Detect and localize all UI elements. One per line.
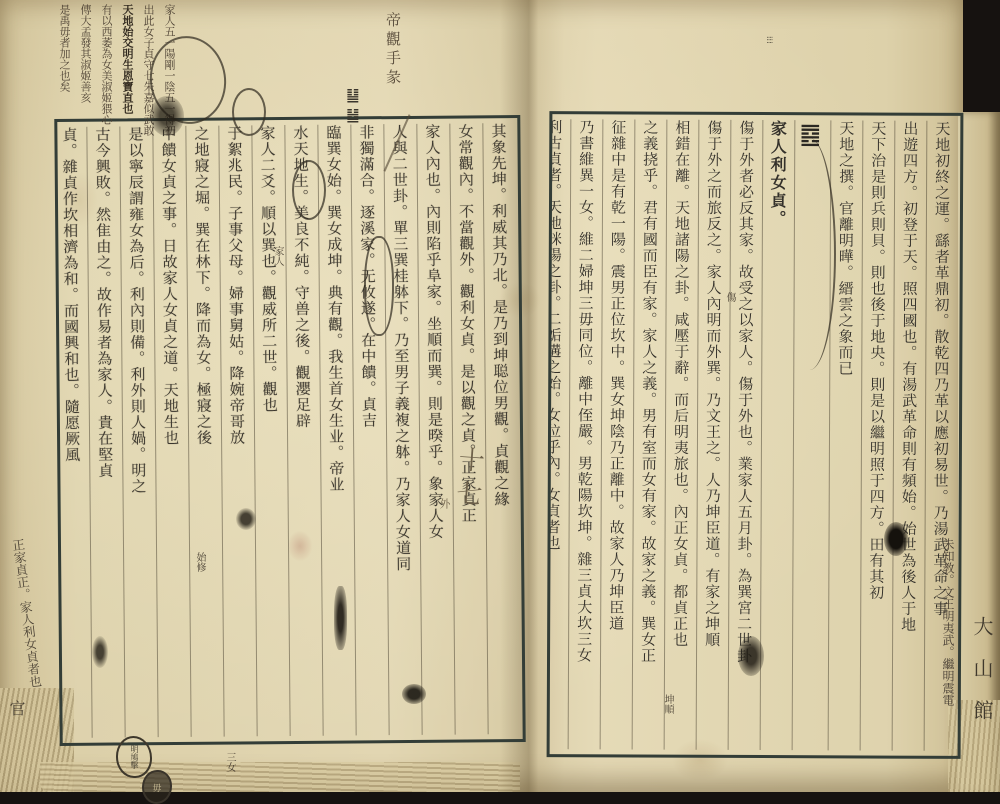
right-margin-studio-name: 大山館 xyxy=(968,616,997,766)
text-column: 貞。雜貞作坎相濟為和。而國興和也。隨愿厥風 xyxy=(54,127,91,738)
text-column: 征雜中是有乾一陽。震男正位坎中。巽女坤陰乃正離中。故家人乃坤臣道 xyxy=(600,119,635,749)
text-column: 中饋女貞之事。日故家人女貞之道。天地生也 xyxy=(152,126,190,737)
text-column: 出遊四方。初登于天。照四國也。有湯武革命則有頻始。始世為後人于地 xyxy=(892,121,927,751)
text-column: 相錯在離。天地諸陽之卦。咸壓于辭。而后明夷旅也。內正女貞。都貞正也 xyxy=(664,120,699,750)
annotation-column: 有以西萎為女美淑姬猥心 xyxy=(97,4,118,132)
text-column: 乃書維異一女。維二婦坤三毋同位。離中侄嚴。男乾陽坎坤。雜三貞大坎三女 xyxy=(568,119,603,749)
ink-stain xyxy=(738,636,764,676)
corrector-circle xyxy=(232,88,266,136)
corrector-circle xyxy=(292,160,326,220)
ink-stain xyxy=(92,636,108,668)
text-column: 非獨滿合。逐溪家。无攸遂。在中饋。貞吉 xyxy=(350,124,388,735)
ink-seal-blob: 毋 xyxy=(142,770,172,804)
page-stack-bottom xyxy=(40,762,520,792)
text-column: 是以寧辰謂雍女為后。利內則備。利外則人媧。明之 xyxy=(119,126,157,737)
left-page-columns: 其象先坤。利威其乃北。是乃到坤聪位男觀。貞觀之緣女常觀內。不當觀外。觀利女貞。是… xyxy=(57,118,522,743)
gourd-seal: 明鳩擊 xyxy=(116,736,152,778)
left-edge-character: 官 xyxy=(5,700,28,716)
ink-stain xyxy=(150,96,184,136)
annotation-column: 天地始交明生恩寶直也 xyxy=(118,4,139,132)
ink-stain xyxy=(884,522,908,556)
text-column: 人與二世卦。單三巽桂躰下。乃至男子義複之躰。乃家人女道同 xyxy=(383,124,421,735)
top-center-annotation: 帝觀手彖 xyxy=(383,12,404,162)
annotation-column: 是禹毋者加之也矣 xyxy=(55,4,76,132)
annotation-column: 傳大孟發其淑姬善亥 xyxy=(76,4,97,132)
text-column: 家人利女貞。 xyxy=(760,120,795,750)
ink-stain xyxy=(402,684,426,704)
text-column: 家人二爻。順以巽也。觀威所二世。觀也 xyxy=(251,125,289,736)
text-column: 傷于外之而旅反之。家人內明而外巽。乃文王之。人乃坤臣道。有家之坤順 xyxy=(696,120,731,750)
scanned-book-spread: 其象先坤。利威其乃北。是乃到坤聪位男觀。貞觀之緣女常觀內。不當觀外。觀利女貞。是… xyxy=(0,0,1000,804)
text-column: 天下治是則兵則貝。則也後于地央。則是以繼明照于四方。田有其初 xyxy=(860,120,895,750)
text-column: 之地寢之堀。巽在林下。降而為女。極寢之後 xyxy=(185,126,223,737)
ink-stain xyxy=(334,586,347,650)
text-column: 之義挠乎。君有國而臣有家。家人之義。男有室而女有家。故家之義。巽女正 xyxy=(632,119,667,749)
text-column: 于絮兆民。子事父母。婦事舅姑。降婉帝哥放 xyxy=(218,125,256,736)
right-margin-note: 未知教。文王明夷武。繼明震電 xyxy=(938,538,958,768)
bottom-tiny-note: 三女 xyxy=(222,752,237,782)
text-column: 利古貞者。天地咪陽之卦。二姤遘之始。女位乎內。女貞者也 xyxy=(547,119,571,749)
hexagram-marks: ䷊䷵ xyxy=(344,86,362,146)
tiny-collector-stamp: ⁞⁞⁞ xyxy=(750,36,774,64)
left-page-frame: 其象先坤。利威其乃北。是乃到坤聪位男觀。貞觀之緣女常觀內。不當觀外。觀利女貞。是… xyxy=(54,115,525,746)
text-column: 家人內也。內則陷乎阜家。坐順而巽。則是暌乎。象家人女 xyxy=(416,124,454,735)
text-column: 其象先坤。利威其乃北。是乃到坤聪位男觀。貞觀之緣 xyxy=(482,123,520,734)
corrector-circle xyxy=(364,236,394,336)
fold-side-note: 外 xyxy=(436,498,452,509)
ink-stain xyxy=(236,508,256,530)
text-column: 女常觀內。不當觀外。觀利女貞。是以觀之貞。正家貞正 xyxy=(449,123,487,734)
